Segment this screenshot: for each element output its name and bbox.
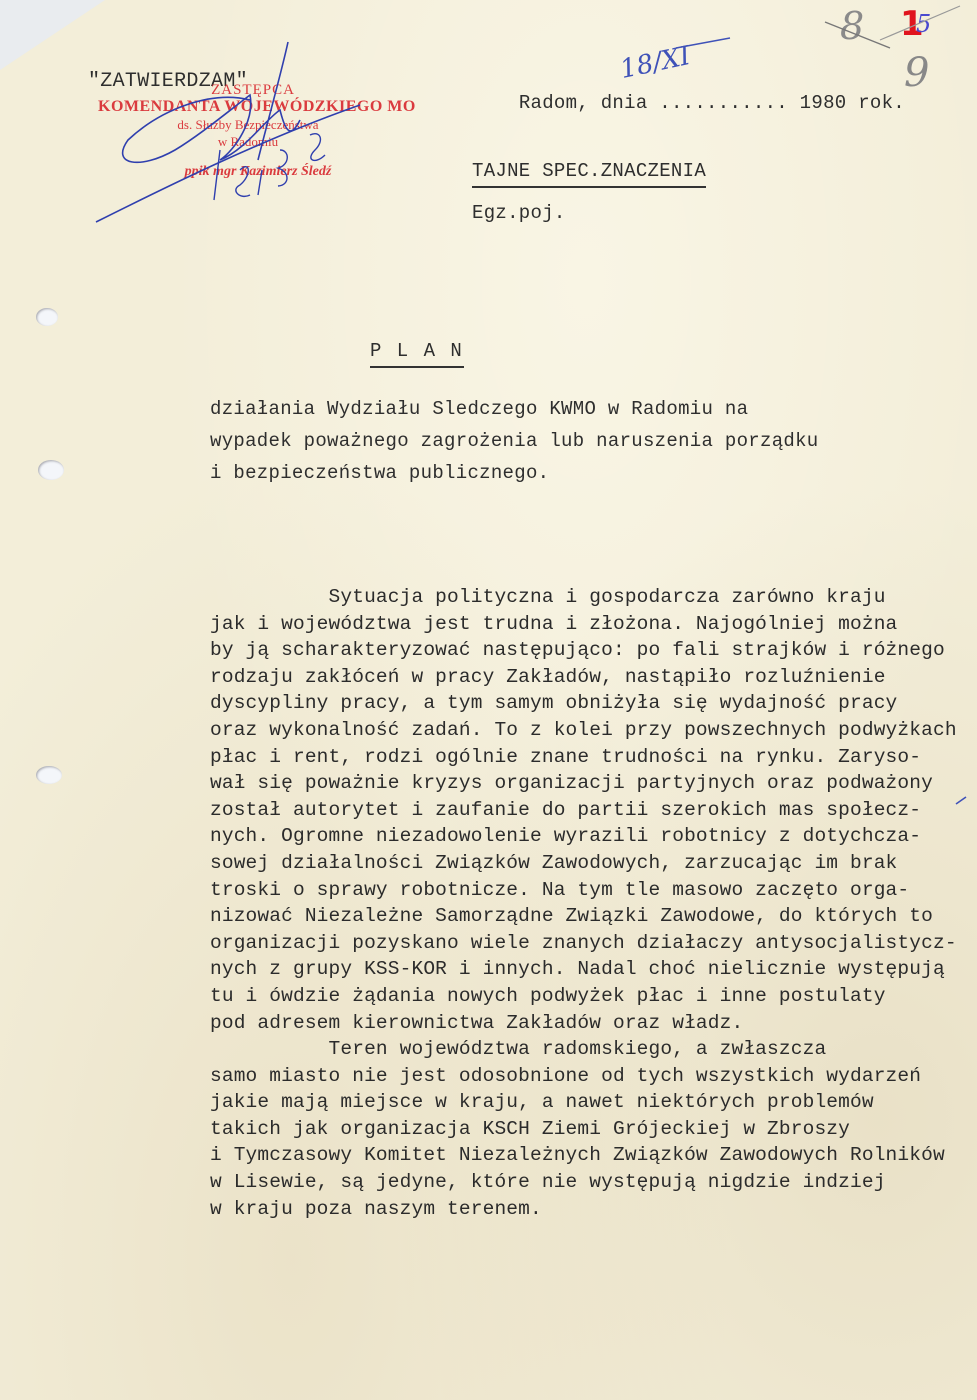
subtitle-line-2: wypadek poważnego zagrożenia lub narusze…: [210, 430, 819, 452]
body-line: tu i ówdzie żądania nowych podwyżek płac…: [210, 983, 977, 1010]
body-line: samo miasto nie jest odosobnione od tych…: [210, 1063, 977, 1090]
stamp-line-5: ppik mgr Kazimierz Śledź: [118, 164, 398, 180]
body-line: sowej działalności Związków Zawodowych, …: [210, 850, 977, 877]
body-line: płac i rent, rodzi ogólnie znane trudnoś…: [210, 744, 977, 771]
body-line: troski o sprawy robotnicze. Na tym tle m…: [210, 877, 977, 904]
subtitle-line-1: działania Wydziału Sledczego KWMO w Rado…: [210, 398, 748, 420]
body-line: w Lisewie, są jedyne, które nie występuj…: [210, 1169, 977, 1196]
body-line: organizacji pozyskano wiele znanych dzia…: [210, 930, 977, 957]
body-line: oraz wykonalność zadań. To z kolei przy …: [210, 717, 977, 744]
punch-hole-1: [36, 308, 58, 326]
body-line: rodzaju zakłóceń w pracy Zakładów, nastą…: [210, 664, 977, 691]
body-line: Teren województwa radomskiego, a zwłaszc…: [210, 1036, 977, 1063]
stamp-line-3: ds. Służby Bezpieczeństwa: [98, 117, 398, 133]
subtitle-line-3: i bezpieczeństwa publicznego.: [210, 462, 549, 484]
punch-hole-3: [36, 766, 62, 784]
body-line: nizować Niezależne Samorządne Związki Za…: [210, 903, 977, 930]
copy-note: Egz.poj.: [472, 202, 566, 224]
document-page: "ZATWIERDZAM" ZASTĘPCA KOMENDANTA WOJEWÓ…: [0, 0, 977, 1400]
place-date-line: Radom, dnia ........... 1980 rok.: [472, 70, 905, 136]
body-line: takich jak organizacja KSCH Ziemi Grójec…: [210, 1116, 977, 1143]
stamp-line-4: w Radomiu: [98, 134, 398, 150]
body-line: został autorytet i zaufanie do partii sz…: [210, 797, 977, 824]
page-number-blue: 5: [916, 10, 931, 38]
body-line: w kraju poza naszym terenem.: [210, 1196, 977, 1223]
body-line: pod adresem kierownictwa Zakładów oraz w…: [210, 1010, 977, 1037]
folded-corner: [0, 0, 105, 70]
body-line: jakie mają miejsce w kraju, a nawet niek…: [210, 1089, 977, 1116]
stamp-line-2: KOMENDANTA WOJEWÓDZKIEGO MO: [98, 98, 398, 116]
document-title: P L A N: [370, 340, 464, 368]
body-line: Sytuacja polityczna i gospodarcza zarówn…: [210, 584, 977, 611]
body-line: by ją scharakteryzować następująco: po f…: [210, 637, 977, 664]
place-prefix: Radom, dnia: [519, 92, 659, 114]
year-suffix: 1980 rok.: [788, 92, 905, 114]
page-number-crossed: 8: [840, 4, 864, 48]
punch-hole-2: [38, 460, 64, 480]
body-line: i Tymczasowy Komitet Niezależnych Związk…: [210, 1142, 977, 1169]
body-line: jak i województwa jest trudna i złożona.…: [210, 611, 977, 638]
classification-label: TAJNE SPEC.ZNACZENIA: [472, 160, 706, 188]
body-line: dyscypliny pracy, a tym samym obniżyła s…: [210, 690, 977, 717]
date-dots: ...........: [659, 92, 788, 114]
body-line: nych z grupy KSS-KOR i innych. Nadal cho…: [210, 956, 977, 983]
official-stamp: ZASTĘPCA KOMENDANTA WOJEWÓDZKIEGO MO ds.…: [98, 82, 398, 180]
body-text: Sytuacja polityczna i gospodarcza zarówn…: [210, 584, 977, 1222]
body-line: wał się poważnie kryzys organizacji part…: [210, 770, 977, 797]
body-line: nych. Ogromne niezadowolenie wyrazili ro…: [210, 823, 977, 850]
stamp-line-1: ZASTĘPCA: [108, 82, 398, 99]
page-number-pencil: 9: [904, 50, 929, 96]
